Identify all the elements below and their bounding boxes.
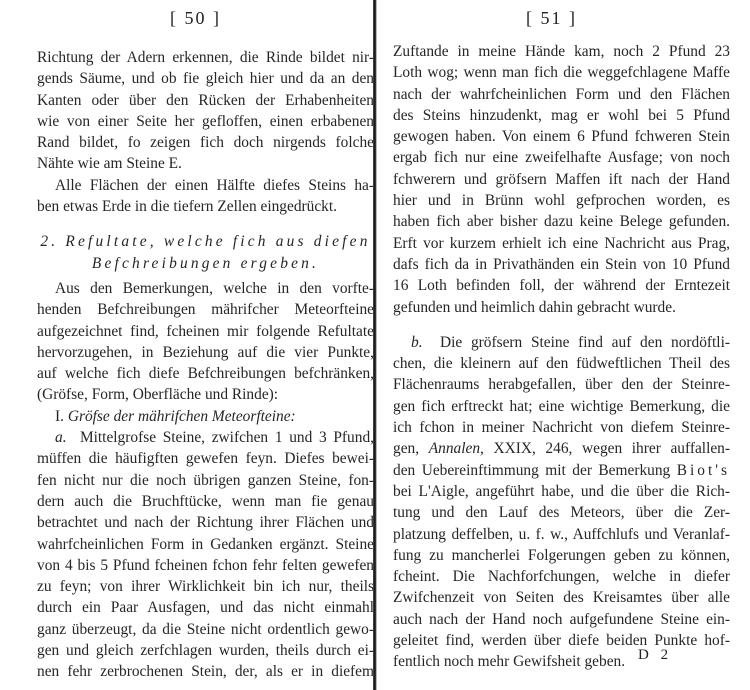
text-line: Aus den Bemerkungen, welche in den vorft… <box>37 278 374 299</box>
item-label: b. <box>411 334 423 351</box>
text-line: gen, Annalen, XXIX, 246, wegen ihrer auf… <box>393 438 730 459</box>
text-line: geleitet find, werden über diefe beiden … <box>393 630 730 651</box>
subheading-text: Gröfse der mährifchen Meteorfteine: <box>68 408 296 425</box>
text-line: b. Die gröfsern Steine find auf den nord… <box>393 332 730 353</box>
text-line: tung und den Lauf des Meteors, über die … <box>393 502 730 523</box>
text-line: Rand bildet, fo zeigen fich doch nirgend… <box>37 132 374 153</box>
spine-shadow <box>376 0 377 690</box>
section-heading: Befchreibungen ergeben. <box>37 253 374 274</box>
section-heading: 2. Refultate, welche fich aus diefen <box>37 231 374 252</box>
text-fragment: gen, <box>393 440 419 457</box>
text-line: den Uebereinftimmung mit der Bemerkung B… <box>393 460 730 481</box>
text-line: bei L'Aigle, angeführt habe, und die übe… <box>393 481 730 502</box>
left-page-text: Richtung der Adern erkennen, die Rinde b… <box>37 47 374 683</box>
text-line: Loth wog; wenn man fich die weggefchlage… <box>393 62 730 83</box>
text-line: dern auch die Bruchftücke, wenn man fie … <box>37 491 374 512</box>
text-line: fcheint. Die Nachforfchungen, welche in … <box>393 566 730 587</box>
text-line: haben fich aber bisher dazu keine Belege… <box>393 211 730 232</box>
text-line: nen fehr zerbrochenen Stein, der, als er… <box>37 661 374 682</box>
text-line: zu feyn; von ihrer Wirklichkeit bin ich … <box>37 576 374 597</box>
text-line: fen nicht nur die noch übrigen ganzen St… <box>37 470 374 491</box>
text-fragment: den Uebereinftimmung mit der Bemerkung <box>393 462 670 479</box>
text-line: wahrfcheinlichen Form in Gedanken ergänz… <box>37 534 374 555</box>
text-line: aufgezeichnet find, fcheinen mir folgend… <box>37 321 374 342</box>
text-line: von 4 bis 5 Pfund fcheinen fchon fehr fe… <box>37 555 374 576</box>
signature-mark: D 2 <box>638 647 672 664</box>
text-line: hervorzugehen, in Beziehung auf die vier… <box>37 342 374 363</box>
text-line: Zwifchenzeit von Seiten des Kreisamtes ü… <box>393 587 730 608</box>
text-line: betrachtet und nach der Richtung ihrer F… <box>37 512 374 533</box>
journal-title: Annalen <box>429 440 480 457</box>
right-page-text: Zuftande in meine Hände kam, noch 2 Pfun… <box>393 41 730 673</box>
text-line: fchwerern und gröfsern Maffen ift nach d… <box>393 169 730 190</box>
text-line: auf welche fich diefe Befchreibungen bef… <box>37 363 374 384</box>
text-fragment: Die gröfsern Steine find auf den nordöft… <box>440 334 730 351</box>
text-line: henden Befchreibungen mährifcher Meteorf… <box>37 299 374 320</box>
spacer <box>37 217 374 231</box>
text-line: gefunden und heimlich dahin gebracht wur… <box>393 297 730 318</box>
text-line: gends Säume, und ob fie gleich hier und … <box>37 68 374 89</box>
subheading: I. Gröfse der mährifchen Meteorfteine: <box>37 406 374 427</box>
text-line: dafs fich da in Privathänden ein Stein v… <box>393 254 730 275</box>
text-line: hier und in Brünn wohl gefprochen worden… <box>393 190 730 211</box>
right-page: [ 51 ] Zuftande in meine Hände kam, noch… <box>378 0 750 690</box>
text-line: gen fich erftreckt hat; eine wichtige Be… <box>393 396 730 417</box>
text-line: fung zu mancherlei Folgerungen geben zu … <box>393 545 730 566</box>
text-line: wie von einer Seite her gefloffen, einen… <box>37 111 374 132</box>
text-line: durch ein Paar Ausfagen, und das nicht e… <box>37 597 374 618</box>
spacer <box>393 318 730 332</box>
text-line: Nähte wie am Steine E. <box>37 153 374 174</box>
page-number-right: [ 51 ] <box>526 8 577 29</box>
item-label: a. <box>55 429 67 446</box>
text-line: gewogen haben. Von einem 6 Pfund fchwere… <box>393 126 730 147</box>
text-line: nach der wahrfcheinlichen Form und den F… <box>393 84 730 105</box>
text-line: fentlich noch mehr Gewifsheit geben. <box>393 651 730 672</box>
text-line: auch nach der Hand noch aufgefundene Ste… <box>393 609 730 630</box>
text-line: 16 Loth befinden foll, der während der E… <box>393 275 730 296</box>
text-line: Zuftande in meine Hände kam, noch 2 Pfun… <box>393 41 730 62</box>
text-line: ben etwas Erde in die tiefern Zellen ein… <box>37 196 374 217</box>
text-line: Flächenraums herabgefallen, über den der… <box>393 374 730 395</box>
text-line: ich fchon in meiner Nachricht von diefem… <box>393 417 730 438</box>
text-line: des Steins hinzudenkt, mag er wohl bei 5… <box>393 105 730 126</box>
page-number-left: [ 50 ] <box>170 8 221 29</box>
text-line: Erft vor kurzem erhielt ich eine Nachric… <box>393 233 730 254</box>
text-line: gen und gleich zerfchlagen wurden, theil… <box>37 640 374 661</box>
text-line: chen, die kleinern auf den füdweftlichen… <box>393 353 730 374</box>
text-line: ergab fich nur eine zweifelhafte Ausfage… <box>393 147 730 168</box>
left-page: [ 50 ] Richtung der Adern erkennen, die … <box>0 0 374 690</box>
text-line: platzung deffelben, u. f. w., Auffchlufs… <box>393 524 730 545</box>
text-line: Kanten oder über den Rücken der Erhabenh… <box>37 90 374 111</box>
author-name: Biot's <box>677 462 730 479</box>
text-line: (Gröfse, Form, Oberfläche und Rinde): <box>37 384 374 405</box>
text-line: Richtung der Adern erkennen, die Rinde b… <box>37 47 374 68</box>
text-line: Alle Flächen der einen Hälfte diefes Ste… <box>37 175 374 196</box>
text-line: ganz überzeugt, da die Steine nicht orde… <box>37 619 374 640</box>
text-fragment: Mittelgrofse Steine, zwifchen 1 und 3 Pf… <box>80 429 374 446</box>
text-line: müffen die häufigften gewefen feyn. Dief… <box>37 448 374 469</box>
subheading-number: I. <box>55 408 64 425</box>
text-line: a. Mittelgrofse Steine, zwifchen 1 und 3… <box>37 427 374 448</box>
text-fragment: , XXIX, 246, wegen ihrer auffallen- <box>480 440 730 457</box>
